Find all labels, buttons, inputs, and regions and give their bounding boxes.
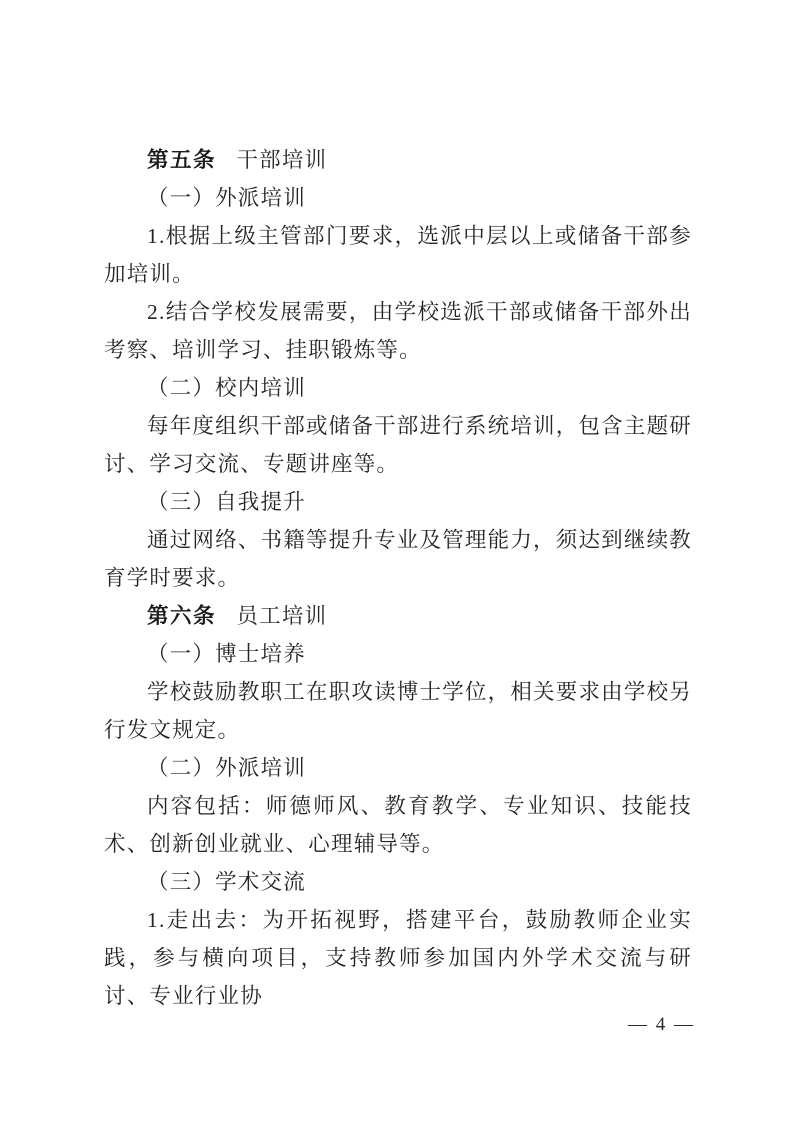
paragraph: 内容包括：师德师风、教育教学、专业知识、技能技术、创新创业就业、心理辅导等。 [104, 787, 692, 863]
paragraph: 1.根据上级主管部门要求，选派中层以上或储备干部参加培训。 [104, 217, 692, 293]
sub-heading: （二）校内培训 [104, 369, 692, 407]
article-title: 员工培训 [236, 604, 327, 628]
sub-heading: （三）自我提升 [104, 483, 692, 521]
paragraph: 每年度组织干部或储备干部进行系统培训，包含主题研讨、学习交流、专题讲座等。 [104, 407, 692, 483]
article-title: 干部培训 [236, 148, 327, 172]
paragraph: 通过网络、书籍等提升专业及管理能力，须达到继续教育学时要求。 [104, 521, 692, 597]
article-heading-5: 第五条干部培训 [104, 141, 692, 179]
sub-heading: （二）外派培训 [104, 749, 692, 787]
article-number: 第六条 [147, 604, 216, 628]
sub-heading: （一）外派培训 [104, 179, 692, 217]
document-body: 第五条干部培训 （一）外派培训 1.根据上级主管部门要求，选派中层以上或储备干部… [104, 141, 692, 1015]
page-number: — 4 — [628, 1012, 695, 1038]
sub-heading: （一）博士培养 [104, 635, 692, 673]
paragraph: 2.结合学校发展需要，由学校选派干部或储备干部外出考察、培训学习、挂职锻炼等。 [104, 293, 692, 369]
paragraph: 1.走出去：为开拓视野，搭建平台，鼓励教师企业实践，参与横向项目，支持教师参加国… [104, 901, 692, 1015]
article-number: 第五条 [147, 148, 216, 172]
article-heading-6: 第六条员工培训 [104, 597, 692, 635]
sub-heading: （三）学术交流 [104, 863, 692, 901]
paragraph: 学校鼓励教职工在职攻读博士学位，相关要求由学校另行发文规定。 [104, 673, 692, 749]
document-page: 第五条干部培训 （一）外派培训 1.根据上级主管部门要求，选派中层以上或储备干部… [0, 0, 793, 1122]
